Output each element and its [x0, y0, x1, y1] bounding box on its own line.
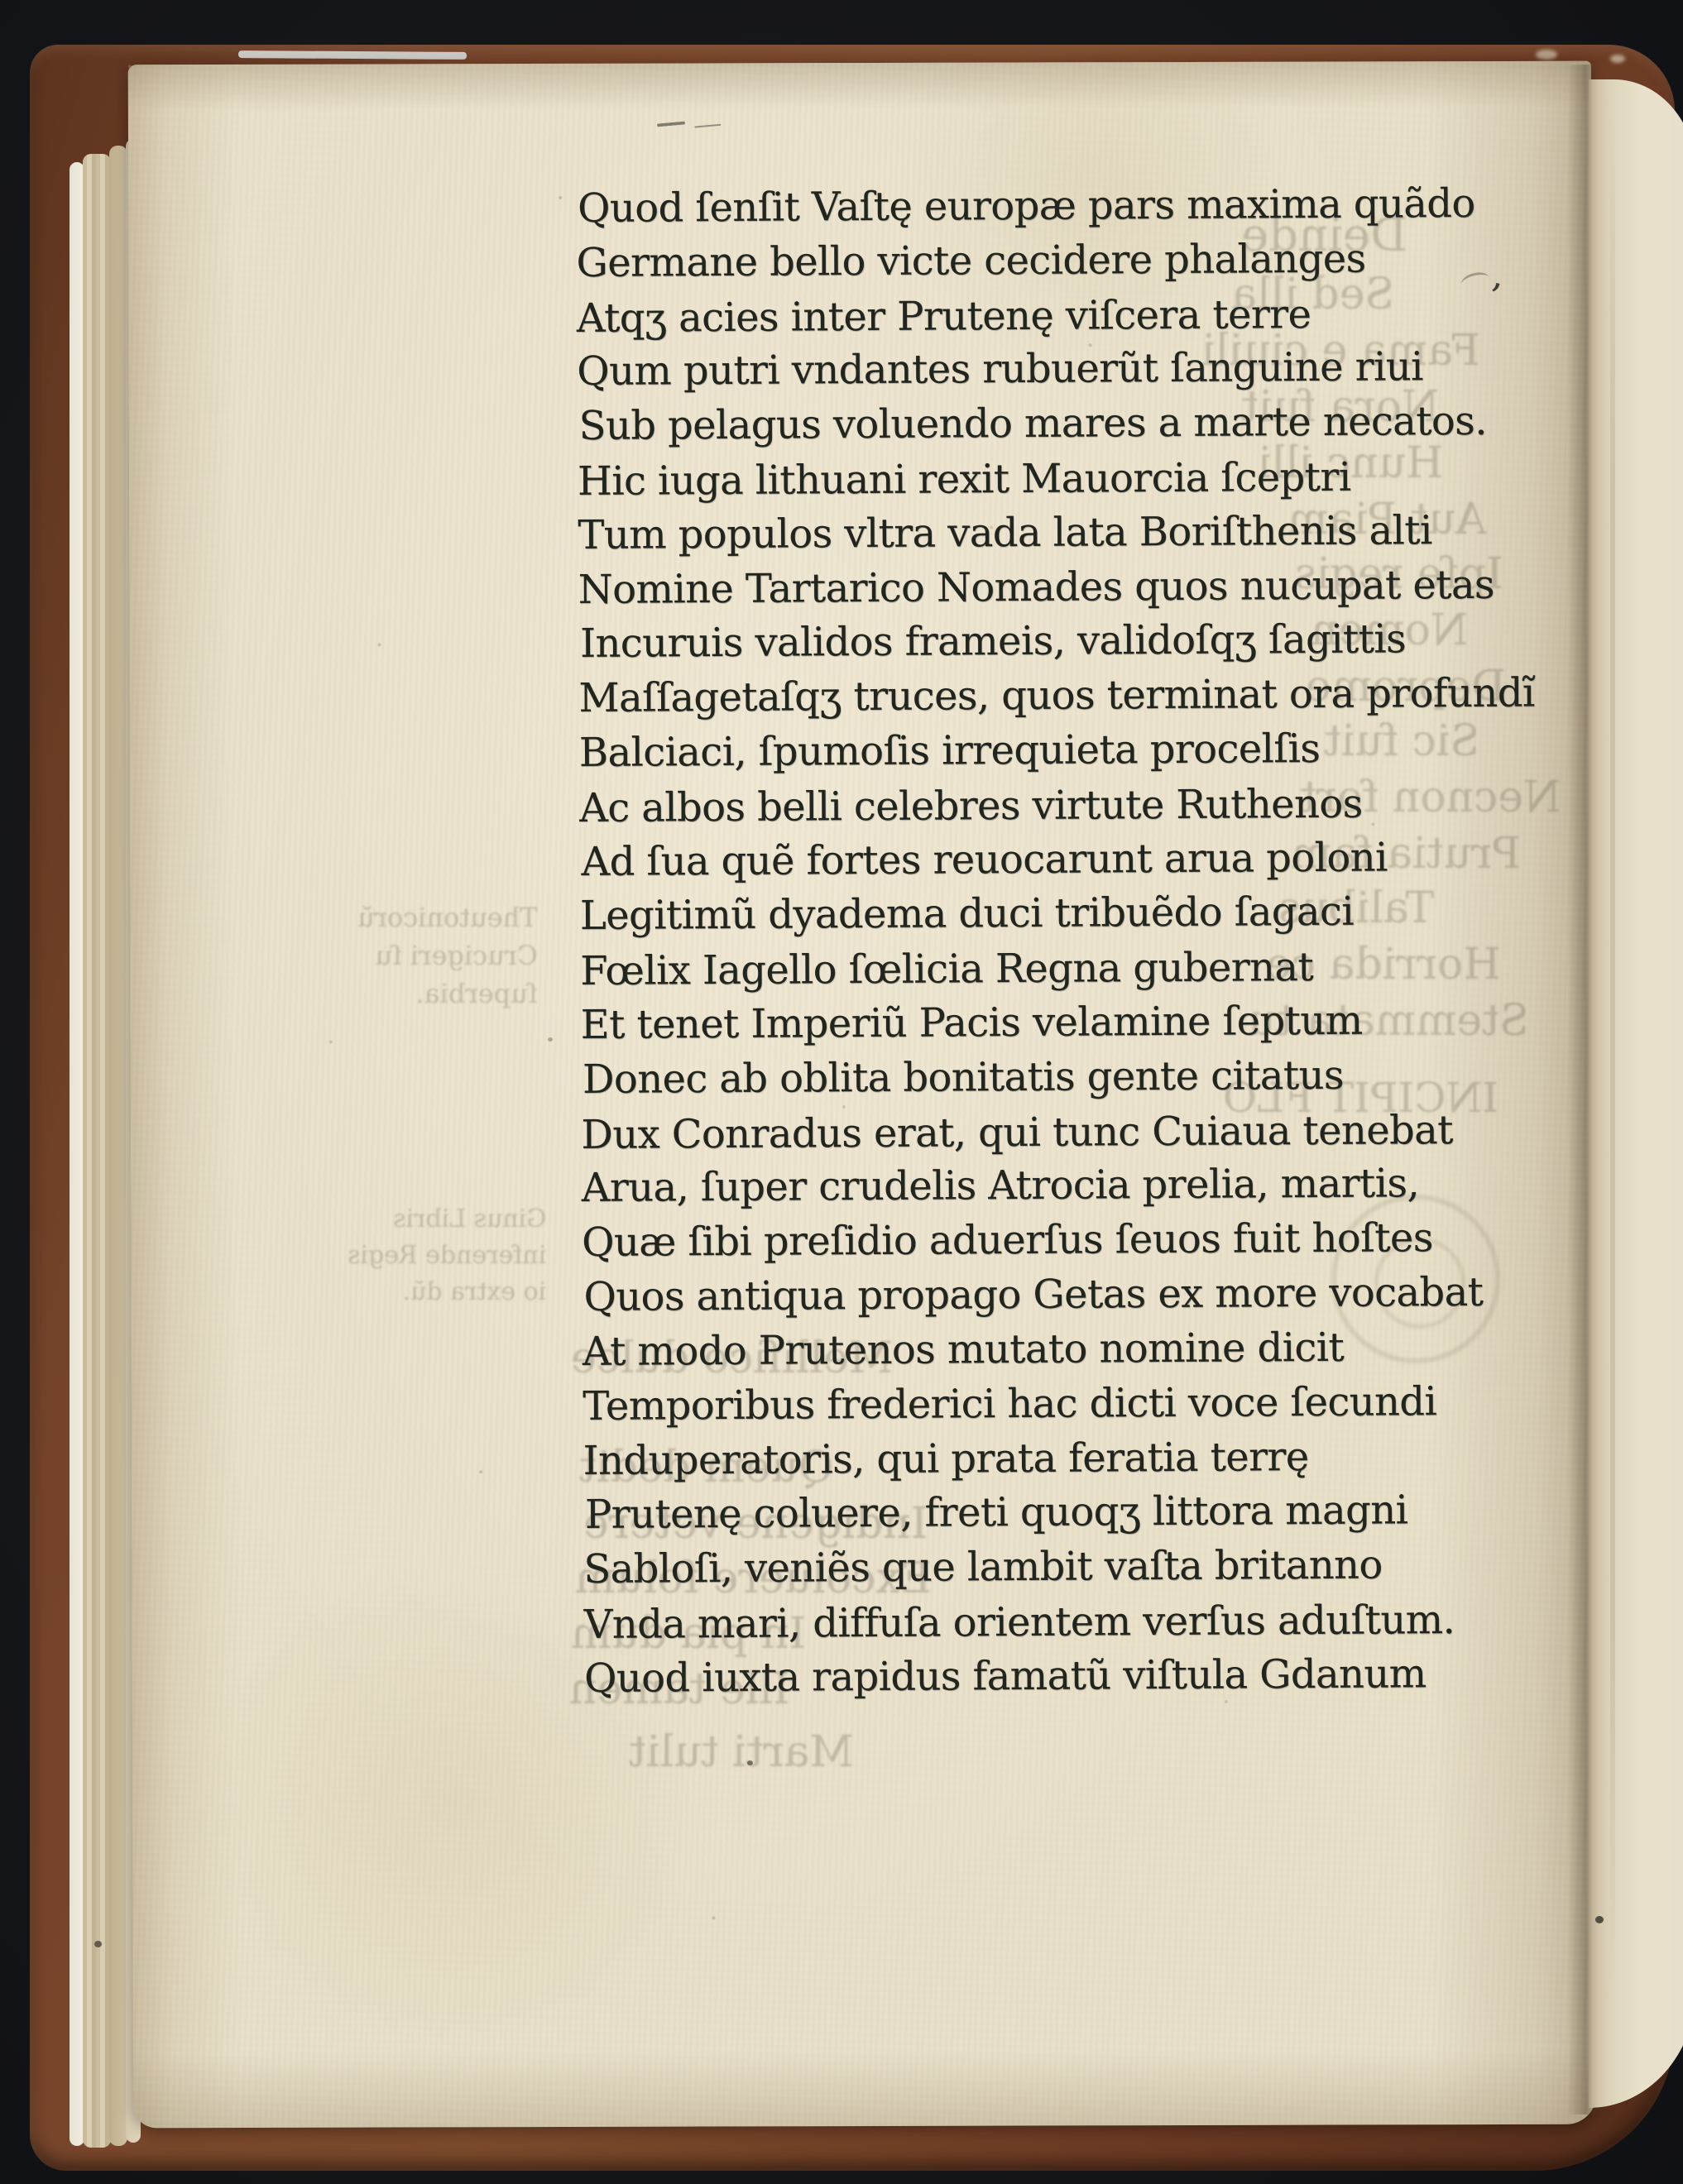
poem-line: Balciaci, ſpumoſis irrequieta procelſis	[579, 721, 1536, 781]
poem-line: Incuruis validos frameis, validoſqʒ ſagi…	[580, 612, 1537, 672]
poem-line: Quæ ſibi preſidio aduerſus ſeuos fuit ho…	[582, 1211, 1538, 1271]
poem-line: Sabloſi, veniẽs que lambit vaſta britann…	[583, 1537, 1540, 1597]
poem-line: Quod iuxta rapidus famatũ viſtula Gdanum	[584, 1646, 1541, 1706]
poem-line: Nomine Tartarico Nomades quos nucupat et…	[578, 558, 1535, 617]
poem-line: Qum putri vndantes rubuerũt ſanguine riu…	[577, 340, 1533, 400]
book-photo: DeindeSed illaFama e ciuiliNora fuitHunc…	[0, 0, 1683, 2184]
poem-line: Germane bello victe cecidere phalanges	[576, 231, 1532, 290]
poem-line: Ac albos belli celebres virtute Ruthenos	[579, 776, 1536, 836]
poem-line: Fœlix Iagello ſœlicia Regna gubernat	[580, 940, 1537, 999]
poem-line: Tum populos vltra vada lata Boriſthenis …	[578, 503, 1534, 563]
poem-line: Donec ab oblita bonitatis gente citatus	[583, 1047, 1539, 1107]
poem-line: Legitimũ dyadema duci tribuẽdo ſagaci	[580, 884, 1537, 944]
poem-line: Et tenet Imperiũ Pacis velamine ſeptum	[581, 993, 1537, 1052]
poem-line: Quod ſenſit Vaſtę europæ pars maxima quã…	[578, 177, 1534, 237]
poem-line: Temporibus frederici hac dicti voce ſecu…	[583, 1374, 1539, 1434]
poem-line: Ad ſua quẽ fortes reuocarunt arua poloni	[581, 830, 1537, 889]
poem-line: Induperatoris, qui prata feratia terrę	[583, 1430, 1539, 1489]
poem-line: Quos antiqua propago Getas ex more vocab…	[583, 1265, 1540, 1324]
poem-line: Hic iuga lithuani rexit Mauorcia ſceptri	[578, 450, 1534, 510]
poem-line: Dux Conradus erat, qui tunc Cuiaua teneb…	[581, 1103, 1537, 1162]
poem-line: Sub pelagus voluendo mares a marte necat…	[578, 395, 1535, 454]
poem-line: Prutenę coluere, freti quoqʒ littora mag…	[585, 1483, 1542, 1543]
poem-line: Arua, ſuper crudelis Atrocia prelia, mar…	[582, 1157, 1538, 1216]
poem-line: At modo Prutenos mutato nomine dicit	[583, 1319, 1539, 1379]
poem-line: Vnda mari, diffuſa orientem verſus aduſt…	[584, 1592, 1541, 1652]
poem-line: Atqʒ acies inter Prutenę viſcera terre	[577, 286, 1533, 346]
poem: Quod ſenſit Vaſtę europæ pars maxima quã…	[576, 177, 1540, 1707]
printed-text-layer: Quod ſenſit Vaſtę europæ pars maxima quã…	[0, 0, 1683, 2184]
poem-line: Maſſagetaſqʒ truces, quos terminat ora p…	[578, 667, 1535, 726]
